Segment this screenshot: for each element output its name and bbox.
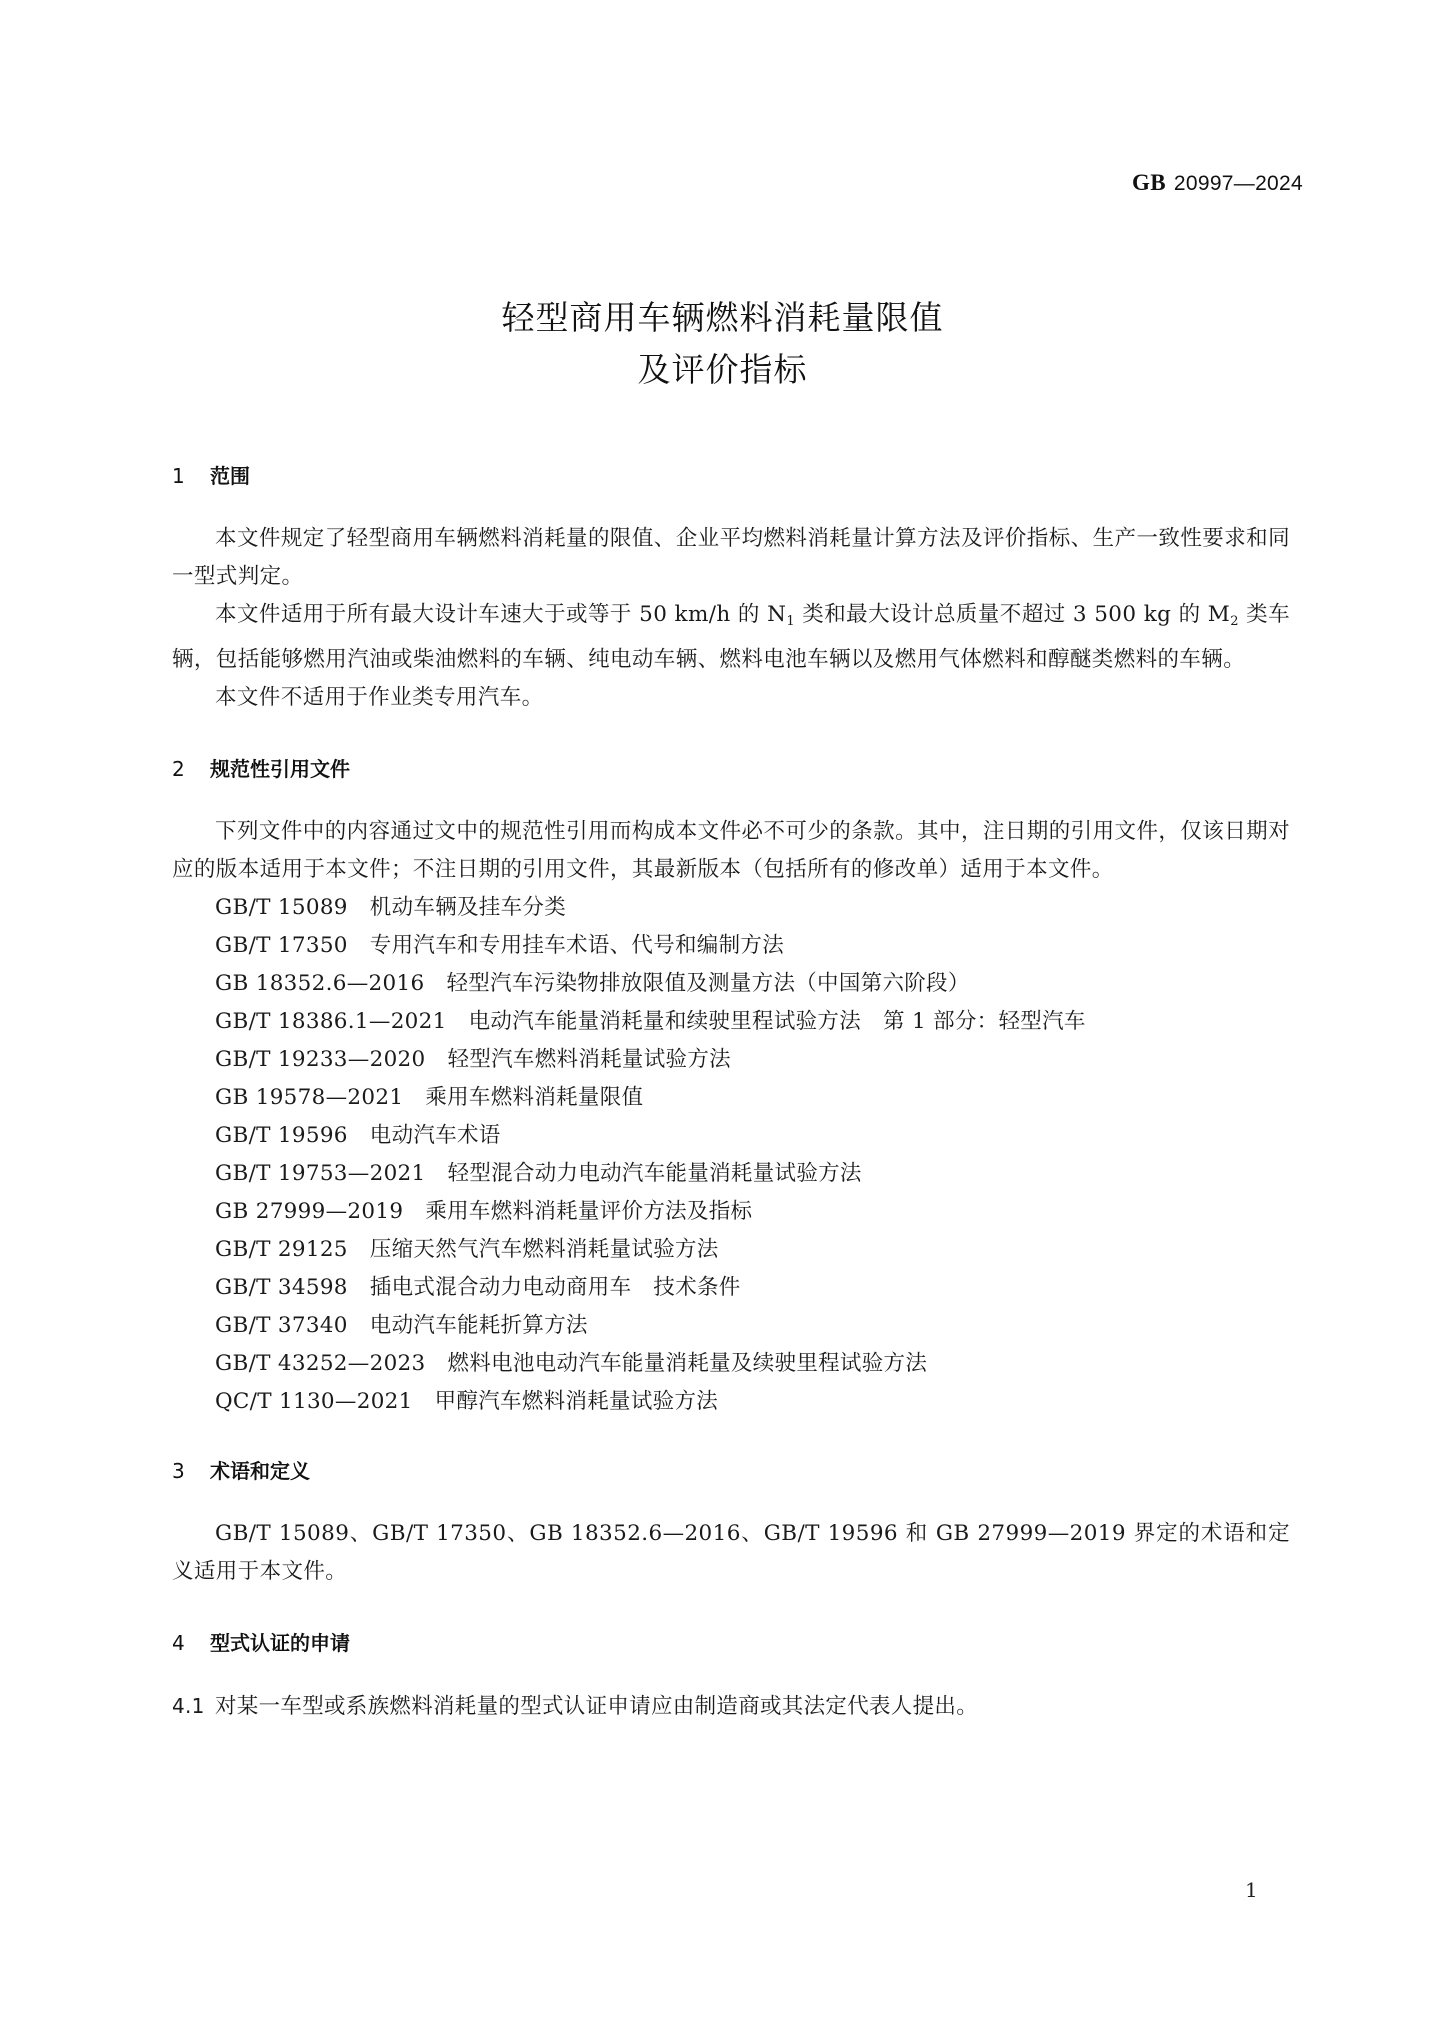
references-intro: 下列文件中的内容通过文中的规范性引用而构成本文件必不可少的条款。其中，注日期的引… [172, 813, 1290, 889]
section-title: 范围 [210, 462, 250, 490]
reference-title: 乘用车燃料消耗量评价方法及指标 [425, 1199, 752, 1224]
reference-item: GB 19578—2021乘用车燃料消耗量限值 [172, 1079, 1290, 1117]
section-title: 规范性引用文件 [210, 755, 350, 783]
section-4-heading: 4 型式认证的申请 [172, 1629, 1290, 1657]
reference-item: GB 27999—2019乘用车燃料消耗量评价方法及指标 [172, 1193, 1290, 1231]
reference-subtitle: 技术条件 [653, 1275, 740, 1300]
reference-code: GB/T 43252—2023 [215, 1351, 426, 1376]
reference-code: GB/T 19596 [215, 1123, 348, 1148]
reference-title: 轻型汽车污染物排放限值及测量方法（中国第六阶段） [446, 971, 969, 996]
reference-code: GB/T 37340 [215, 1313, 348, 1338]
reference-title: 电动汽车能量消耗量和续驶里程试验方法 [469, 1009, 861, 1034]
subscript: 1 [786, 614, 795, 629]
reference-item: GB/T 34598插电式混合动力电动商用车技术条件 [172, 1269, 1290, 1307]
reference-item: GB/T 37340电动汽车能耗折算方法 [172, 1307, 1290, 1345]
document-title: 轻型商用车辆燃料消耗量限值 及评价指标 [0, 292, 1445, 396]
reference-title: 机动车辆及挂车分类 [370, 895, 566, 920]
section-2-heading: 2 规范性引用文件 [172, 755, 1290, 783]
reference-item: GB/T 19596电动汽车术语 [172, 1117, 1290, 1155]
clause-4-1: 4.1对某一车型或系族燃料消耗量的型式认证申请应由制造商或其法定代表人提出。 [172, 1687, 1290, 1726]
reference-code: GB/T 15089 [215, 895, 348, 920]
reference-code: GB 18352.6—2016 [215, 971, 424, 996]
text-run: 类和最大设计总质量不超过 3 500 kg 的 M [795, 602, 1230, 627]
clause-text: 对某一车型或系族燃料消耗量的型式认证申请应由制造商或其法定代表人提出。 [215, 1694, 978, 1719]
reference-item: GB/T 18386.1—2021电动汽车能量消耗量和续驶里程试验方法第 1 部… [172, 1003, 1290, 1041]
reference-code: QC/T 1130—2021 [215, 1389, 413, 1414]
reference-code: GB/T 29125 [215, 1237, 348, 1262]
section-title: 型式认证的申请 [210, 1629, 350, 1657]
reference-item: GB 18352.6—2016轻型汽车污染物排放限值及测量方法（中国第六阶段） [172, 965, 1290, 1003]
reference-title: 轻型混合动力电动汽车能量消耗量试验方法 [448, 1161, 862, 1186]
reference-item: QC/T 1130—2021甲醇汽车燃料消耗量试验方法 [172, 1383, 1290, 1421]
reference-code: GB/T 19233—2020 [215, 1047, 426, 1072]
reference-list: GB/T 15089机动车辆及挂车分类 GB/T 17350专用汽车和专用挂车术… [172, 889, 1290, 1421]
reference-code: GB 19578—2021 [215, 1085, 403, 1110]
reference-code: GB 27999—2019 [215, 1199, 403, 1224]
reference-title: 电动汽车术语 [370, 1123, 501, 1148]
scope-paragraph-1: 本文件规定了轻型商用车辆燃料消耗量的限值、企业平均燃料消耗量计算方法及评价指标、… [172, 520, 1290, 596]
section-number: 3 [172, 1457, 210, 1485]
reference-code: GB/T 19753—2021 [215, 1161, 426, 1186]
reference-title: 电动汽车能耗折算方法 [370, 1313, 588, 1338]
reference-title: 甲醇汽车燃料消耗量试验方法 [435, 1389, 718, 1414]
title-line-2: 及评价指标 [0, 344, 1445, 396]
reference-item: GB/T 43252—2023燃料电池电动汽车能量消耗量及续驶里程试验方法 [172, 1345, 1290, 1383]
section-number: 2 [172, 755, 210, 783]
section-1-heading: 1 范围 [172, 462, 1290, 490]
reference-title: 压缩天然气汽车燃料消耗量试验方法 [370, 1237, 719, 1262]
scope-paragraph-2: 本文件适用于所有最大设计车速大于或等于 50 km/h 的 N1 类和最大设计总… [172, 596, 1290, 679]
standard-prefix: GB [1132, 170, 1166, 195]
text-run: 本文件适用于所有最大设计车速大于或等于 50 km/h 的 N [215, 602, 786, 627]
section-number: 1 [172, 462, 210, 490]
reference-code: GB/T 18386.1—2021 [215, 1009, 447, 1034]
reference-item: GB/T 15089机动车辆及挂车分类 [172, 889, 1290, 927]
page-number: 1 [1245, 1878, 1258, 1902]
terms-paragraph: GB/T 15089、GB/T 17350、GB 18352.6—2016、GB… [172, 1515, 1290, 1591]
standard-code: GB20997—2024 [1132, 170, 1303, 196]
standard-number: 20997—2024 [1174, 172, 1303, 195]
scope-paragraph-3: 本文件不适用于作业类专用汽车。 [172, 679, 1290, 717]
reference-title: 插电式混合动力电动商用车 [370, 1275, 632, 1300]
section-3-heading: 3 术语和定义 [172, 1457, 1290, 1485]
reference-item: GB/T 29125压缩天然气汽车燃料消耗量试验方法 [172, 1231, 1290, 1269]
reference-title: 轻型汽车燃料消耗量试验方法 [448, 1047, 731, 1072]
clause-number: 4.1 [172, 1687, 215, 1725]
section-title: 术语和定义 [210, 1457, 310, 1485]
reference-title: 燃料电池电动汽车能量消耗量及续驶里程试验方法 [448, 1351, 928, 1376]
reference-item: GB/T 19233—2020轻型汽车燃料消耗量试验方法 [172, 1041, 1290, 1079]
reference-item: GB/T 17350专用汽车和专用挂车术语、代号和编制方法 [172, 927, 1290, 965]
subscript: 2 [1230, 614, 1239, 629]
reference-code: GB/T 34598 [215, 1275, 348, 1300]
title-line-1: 轻型商用车辆燃料消耗量限值 [0, 292, 1445, 344]
document-page: GB20997—2024 轻型商用车辆燃料消耗量限值 及评价指标 1 范围 本文… [0, 0, 1445, 2044]
reference-code: GB/T 17350 [215, 933, 348, 958]
reference-subtitle: 第 1 部分：轻型汽车 [883, 1009, 1086, 1034]
document-body: 1 范围 本文件规定了轻型商用车辆燃料消耗量的限值、企业平均燃料消耗量计算方法及… [172, 462, 1290, 1726]
reference-title: 乘用车燃料消耗量限值 [425, 1085, 643, 1110]
reference-title: 专用汽车和专用挂车术语、代号和编制方法 [370, 933, 784, 958]
section-number: 4 [172, 1629, 210, 1657]
reference-item: GB/T 19753—2021轻型混合动力电动汽车能量消耗量试验方法 [172, 1155, 1290, 1193]
